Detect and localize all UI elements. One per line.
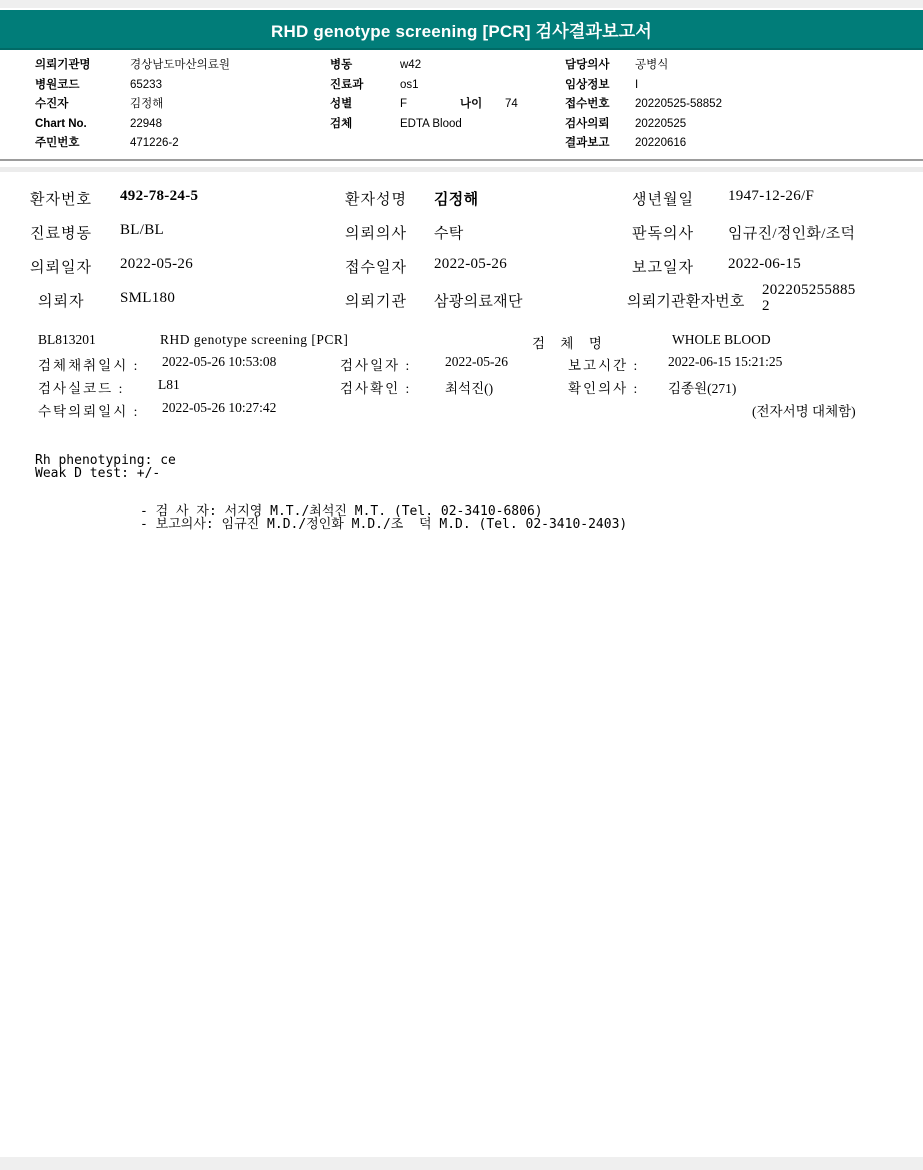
collection-time-label: 검체채취일시 : <box>38 354 139 374</box>
resident-no-value: 471226-2 <box>130 134 179 154</box>
ward-label: 병동 <box>330 56 400 76</box>
test-request-date-value: 20220525 <box>635 115 686 135</box>
requesting-institution-value: 삼광의료재단 <box>434 290 523 311</box>
attending-doctor-label: 담당의사 <box>565 56 635 76</box>
reading-doctor-value: 임규진/정인화/조덕 <box>728 222 855 243</box>
result-report-date-label: 결과보고 <box>565 134 635 154</box>
request-date-value: 2022-05-26 <box>120 256 193 273</box>
test-name: RHD genotype screening [PCR] <box>160 332 348 348</box>
header-middle-column: 병동w42 진료과os1 성별F나이74 검체EDTA Blood <box>330 56 518 134</box>
department-value: os1 <box>400 76 419 96</box>
header-row: 임상정보I <box>565 76 722 96</box>
lab-code-value: L81 <box>158 377 180 393</box>
test-request-date-label: 검사의뢰 <box>565 115 635 135</box>
attending-doctor-value: 공병식 <box>635 56 668 76</box>
report-title: RHD genotype screening [PCR] 검사결과보고서 <box>271 17 652 42</box>
divider-line <box>0 159 923 161</box>
requesting-org-value: 경상남도마산의료원 <box>130 56 230 76</box>
receipt-date-label: 접수일자 <box>345 256 407 277</box>
test-verify-label: 검사확인 : <box>340 377 411 397</box>
patient-name-label: 환자성명 <box>345 188 407 209</box>
receipt-date-value: 2022-05-26 <box>434 256 507 273</box>
resident-no-label: 주민번호 <box>35 134 130 154</box>
patient-no-label: 환자번호 <box>30 188 92 209</box>
test-date-label: 검사일자 : <box>340 354 411 374</box>
header-row: 검체EDTA Blood <box>330 115 518 135</box>
specimen-name-value: WHOLE BLOOD <box>672 332 771 348</box>
requesting-org-label: 의뢰기관명 <box>35 56 130 76</box>
collection-time-value: 2022-05-26 10:53:08 <box>162 354 276 370</box>
result-report-date-value: 20220616 <box>635 134 686 154</box>
hospital-code-value: 65233 <box>130 76 162 96</box>
header-left-column: 의뢰기관명경상남도마산의료원 병원코드65233 수진자김정해 Chart No… <box>35 56 230 154</box>
confirm-doctor-label: 확인의사 : <box>568 377 639 397</box>
institution-patient-no-label: 의뢰기관환자번호 <box>627 290 745 311</box>
report-page: RHD genotype screening [PCR] 검사결과보고서 의뢰기… <box>0 0 923 1170</box>
age-value: 74 <box>505 95 518 115</box>
reporter-line: - 보고의사: 임규진 M.D./정인화 M.D./조 덕 M.D. (Tel.… <box>140 513 627 532</box>
referral-time-value: 2022-05-26 10:27:42 <box>162 400 276 416</box>
header-row: 병동w42 <box>330 56 518 76</box>
birthdate-value: 1947-12-26/F <box>728 188 814 205</box>
result-line-weak-d: Weak D test: +/- <box>35 466 160 481</box>
birthdate-label: 생년월일 <box>632 188 694 209</box>
referral-time-label: 수탁의뢰일시 : <box>38 400 139 420</box>
header-row: Chart No.22948 <box>35 115 230 135</box>
chart-no-label: Chart No. <box>35 115 130 135</box>
hospital-code-label: 병원코드 <box>35 76 130 96</box>
requester-label: 의뢰자 <box>38 290 84 311</box>
confirm-doctor-value: 김종원(271) <box>668 377 736 397</box>
patient-name-value: 김정해 <box>434 188 478 209</box>
divider-band <box>0 167 923 172</box>
bottom-strip <box>0 1157 923 1170</box>
requester-value: SML180 <box>120 290 175 307</box>
chart-no-value: 22948 <box>130 115 162 135</box>
header-row: 병원코드65233 <box>35 76 230 96</box>
esign-note: (전자서명 대체함) <box>752 400 856 420</box>
report-date-value: 2022-06-15 <box>728 256 801 273</box>
care-ward-value: BL/BL <box>120 222 164 239</box>
examinee-value: 김정해 <box>130 95 163 115</box>
clinical-info-label: 임상정보 <box>565 76 635 96</box>
test-date-value: 2022-05-26 <box>445 354 508 370</box>
header-right-column: 담당의사공병식 임상정보I 접수번호20220525-58852 검사의뢰202… <box>565 56 722 154</box>
header-row: 성별F나이74 <box>330 95 518 115</box>
care-ward-label: 진료병동 <box>30 222 92 243</box>
header-row: 접수번호20220525-58852 <box>565 95 722 115</box>
test-verify-value: 최석진() <box>445 377 493 397</box>
specimen-name-label: 검 체 명 <box>532 332 608 352</box>
accession-no-value: 20220525-58852 <box>635 95 722 115</box>
test-code: BL813201 <box>38 332 96 348</box>
header-row: 의뢰기관명경상남도마산의료원 <box>35 56 230 76</box>
department-label: 진료과 <box>330 76 400 96</box>
examinee-label: 수진자 <box>35 95 130 115</box>
sex-value: F <box>400 95 460 115</box>
report-date-label: 보고일자 <box>632 256 694 277</box>
age-label: 나이 <box>460 95 505 115</box>
clinical-info-value: I <box>635 76 638 96</box>
requesting-institution-label: 의뢰기관 <box>345 290 407 311</box>
specimen-type-label: 검체 <box>330 115 400 135</box>
header-row: 검사의뢰20220525 <box>565 115 722 135</box>
sex-label: 성별 <box>330 95 400 115</box>
header-row: 수진자김정해 <box>35 95 230 115</box>
request-date-label: 의뢰일자 <box>30 256 92 277</box>
referring-doctor-value: 수탁 <box>434 222 464 243</box>
patient-no-value: 492-78-24-5 <box>120 188 198 205</box>
lab-code-label: 검사실코드 : <box>38 377 124 397</box>
header-row: 결과보고20220616 <box>565 134 722 154</box>
header-row: 담당의사공병식 <box>565 56 722 76</box>
referring-doctor-label: 의뢰의사 <box>345 222 407 243</box>
report-time-value: 2022-06-15 15:21:25 <box>668 354 782 370</box>
header-row: 진료과os1 <box>330 76 518 96</box>
institution-patient-no-value: 2022052558852 <box>762 282 861 314</box>
reading-doctor-label: 판독의사 <box>632 222 694 243</box>
header-row: 주민번호471226-2 <box>35 134 230 154</box>
accession-no-label: 접수번호 <box>565 95 635 115</box>
report-title-bar: RHD genotype screening [PCR] 검사결과보고서 <box>0 10 923 50</box>
ward-value: w42 <box>400 56 421 76</box>
top-strip <box>0 0 923 8</box>
specimen-type-value: EDTA Blood <box>400 115 462 135</box>
report-time-label: 보고시간 : <box>568 354 639 374</box>
